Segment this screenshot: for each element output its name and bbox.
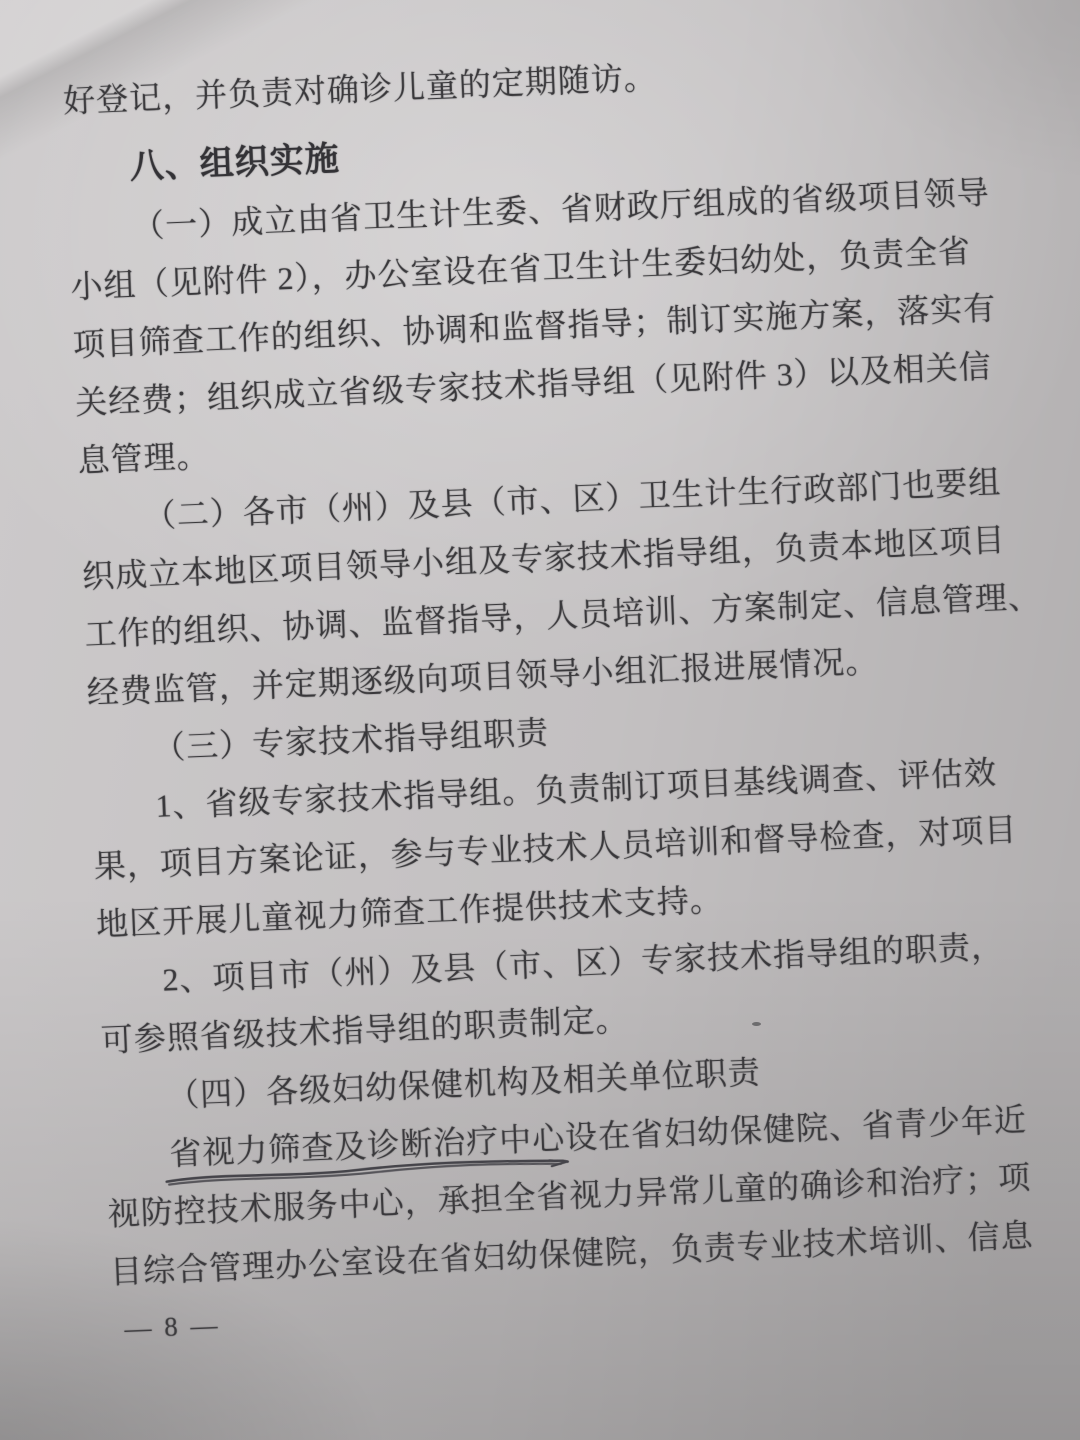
- text-segment: （三）专家技术指导组职责: [152, 714, 549, 766]
- text-segment: 息管理。: [77, 437, 210, 478]
- document-page: 好登记，并负责对确诊儿童的定期随访。八、组织实施（一）成立由省卫生计生委、省财政…: [0, 0, 1080, 1440]
- text-segment: 设在省妇幼保健院、省青少年近: [564, 1101, 1027, 1156]
- text-segment: 好登记，并负责对确诊儿童的定期随访。: [62, 59, 657, 119]
- page-content: 好登记，并负责对确诊儿童的定期随访。八、组织实施（一）成立由省卫生计生委、省财政…: [62, 33, 1078, 1349]
- text-segment: 八、组织实施: [129, 141, 340, 186]
- text-lines: 好登记，并负责对确诊儿童的定期随访。八、组织实施（一）成立由省卫生计生委、省财政…: [62, 33, 1076, 1301]
- text-segment: 可参照省级技术指导组的职责制定。: [100, 1001, 629, 1058]
